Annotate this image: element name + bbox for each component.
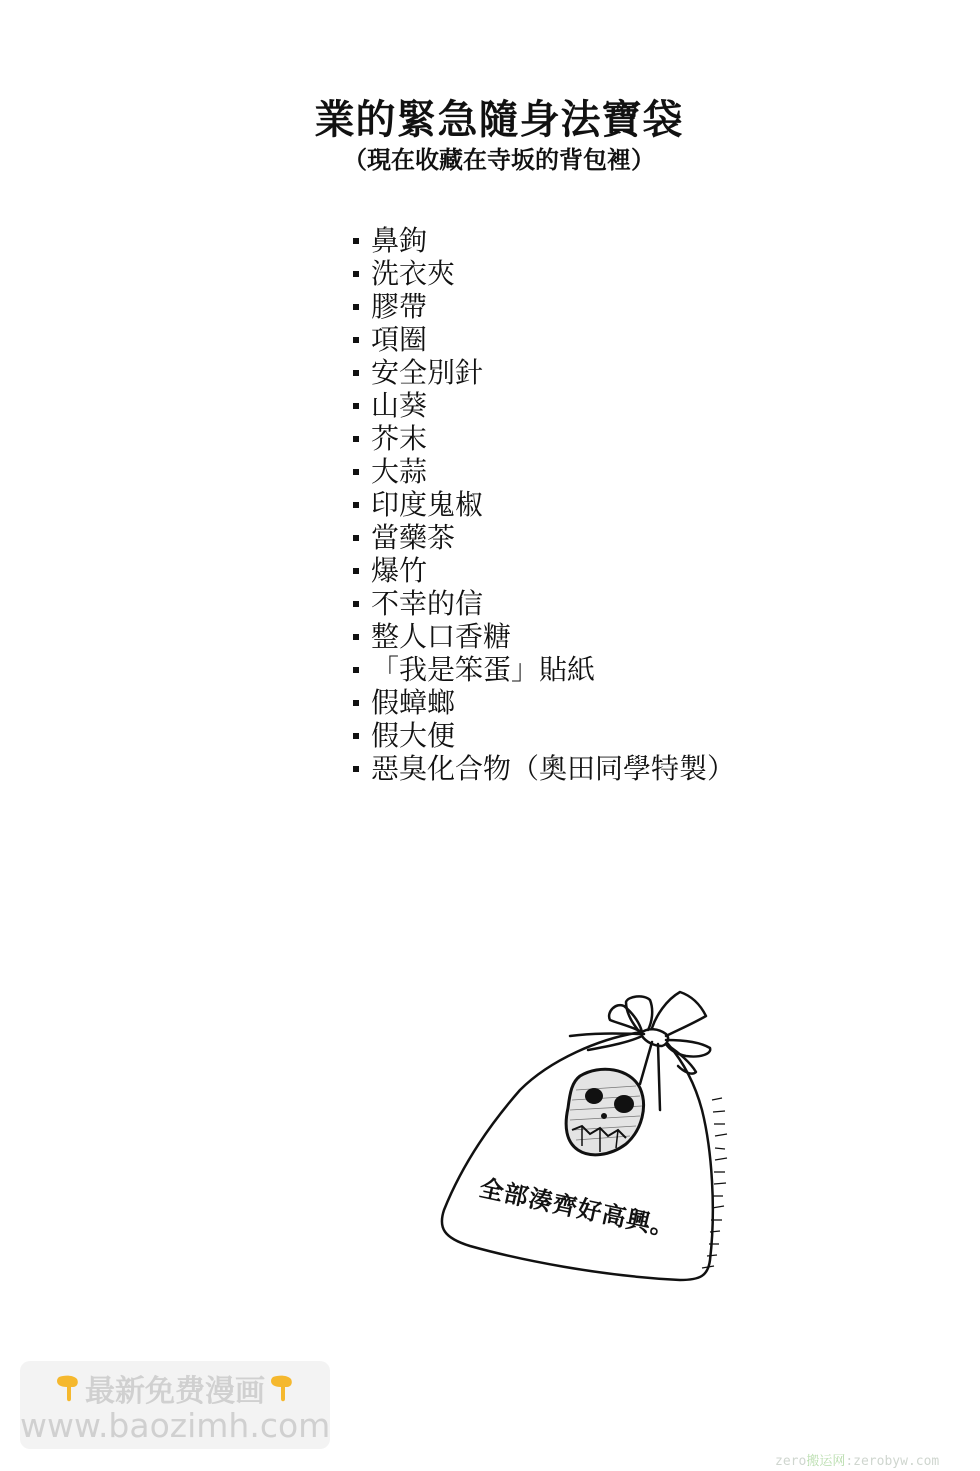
pointing-down-hand-icon [55, 1373, 81, 1403]
list-item: 不幸的信 [348, 587, 735, 620]
page-title: 業的緊急隨身法寶袋 [0, 88, 980, 145]
list-item: 整人口香糖 [348, 620, 735, 653]
list-item-label: 爆竹 [371, 554, 427, 587]
bullet-icon [353, 436, 359, 442]
bullet-icon [353, 766, 359, 772]
promo-watermark[interactable]: 最新免费漫画 www.baozimh.com [20, 1361, 330, 1449]
pointing-down-hand-icon [269, 1373, 295, 1403]
bullet-icon [353, 304, 359, 310]
bullet-icon [353, 271, 359, 277]
list-item-label: 不幸的信 [371, 587, 483, 620]
bullet-icon [353, 568, 359, 574]
skull-icon [566, 1069, 643, 1155]
bullet-icon [353, 502, 359, 508]
list-item-label: 大蒜 [371, 455, 427, 488]
bullet-icon [353, 733, 359, 739]
promo-line1-text: 最新免费漫画 [85, 1366, 265, 1410]
list-item: 大蒜 [348, 455, 735, 488]
bullet-icon [353, 634, 359, 640]
footer-suffix: :zerobyw.com [845, 1454, 939, 1469]
item-list: 鼻鉤 洗衣夾 膠帶 項圈 安全別針 山葵 芥末 大蒜 印度鬼椒 當藥茶 爆竹 不… [348, 224, 735, 785]
list-item: 洗衣夾 [348, 257, 735, 290]
list-item-label: 假蟑螂 [371, 686, 455, 719]
footer-watermark: zero搬运网:zerobyw.com [775, 1450, 939, 1469]
list-item: 安全別針 [348, 356, 735, 389]
list-item-label: 當藥茶 [371, 521, 455, 554]
list-item-label: 項圈 [371, 323, 427, 356]
footer-cjk: 搬运网 [806, 1454, 845, 1469]
bullet-icon [353, 667, 359, 673]
list-item-label: 假大便 [371, 719, 455, 752]
promo-url[interactable]: www.baozimh.com [20, 1407, 330, 1445]
list-item-label: 印度鬼椒 [371, 488, 483, 521]
list-item: 惡臭化合物（奧田同學特製） [348, 752, 735, 785]
list-item: 項圈 [348, 323, 735, 356]
list-item: 膠帶 [348, 290, 735, 323]
list-item: 「我是笨蛋」貼紙 [348, 653, 735, 686]
list-item-label: 山葵 [371, 389, 427, 422]
list-item: 假大便 [348, 719, 735, 752]
bullet-icon [353, 535, 359, 541]
list-item: 當藥茶 [348, 521, 735, 554]
bullet-icon [353, 700, 359, 706]
list-item-label: 「我是笨蛋」貼紙 [371, 653, 595, 686]
list-item-label: 惡臭化合物（奧田同學特製） [371, 752, 735, 785]
bullet-icon [353, 601, 359, 607]
page-subtitle: （現在收藏在寺坂的背包裡） [0, 140, 980, 175]
bullet-icon [353, 370, 359, 376]
bullet-icon [353, 469, 359, 475]
list-item: 芥末 [348, 422, 735, 455]
list-item-label: 膠帶 [371, 290, 427, 323]
list-item: 鼻鉤 [348, 224, 735, 257]
bag-illustration [430, 980, 760, 1290]
bullet-icon [353, 238, 359, 244]
footer-prefix: zero [775, 1454, 806, 1469]
list-item: 印度鬼椒 [348, 488, 735, 521]
bullet-icon [353, 337, 359, 343]
list-item-label: 洗衣夾 [371, 257, 455, 290]
list-item-label: 安全別針 [371, 356, 483, 389]
promo-heading: 最新免费漫画 [20, 1369, 330, 1407]
list-item: 山葵 [348, 389, 735, 422]
bullet-icon [353, 403, 359, 409]
list-item-label: 芥末 [371, 422, 427, 455]
list-item: 假蟑螂 [348, 686, 735, 719]
list-item-label: 整人口香糖 [371, 620, 511, 653]
list-item: 爆竹 [348, 554, 735, 587]
list-item-label: 鼻鉤 [371, 224, 427, 257]
